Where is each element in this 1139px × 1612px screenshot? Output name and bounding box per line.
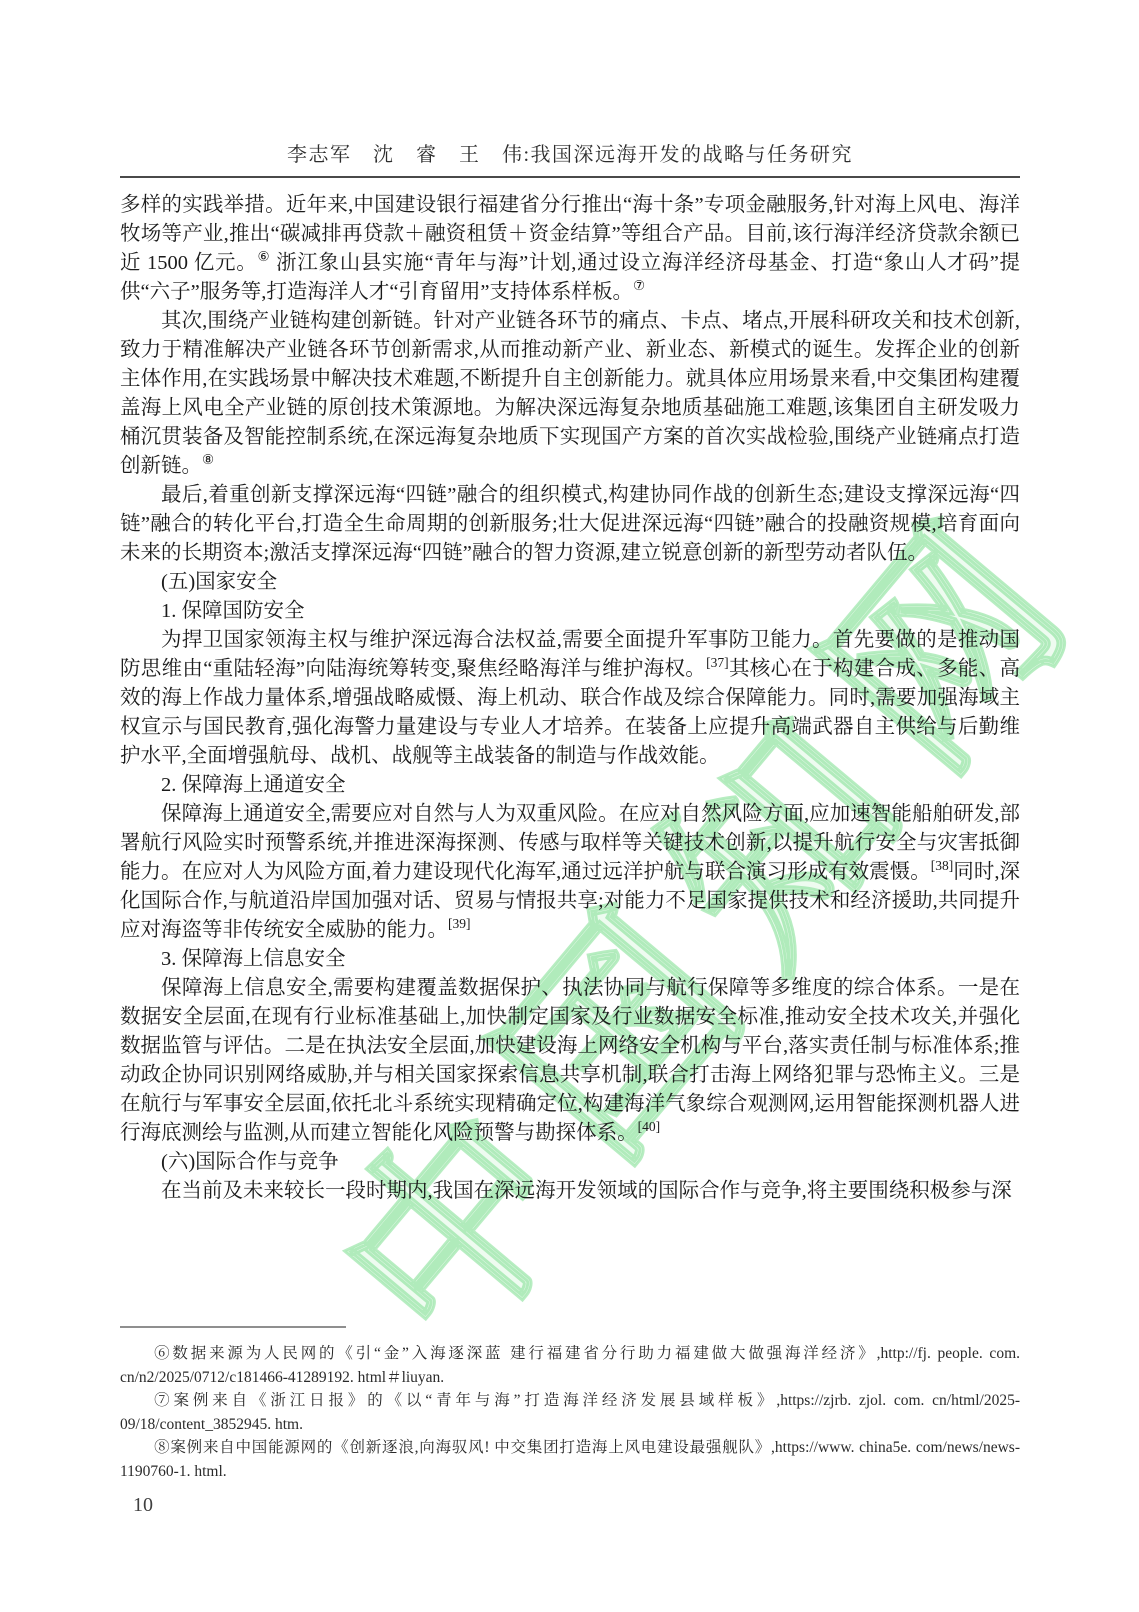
superscript-note-mark: [40] [638,1119,661,1134]
section-heading: (五)国家安全 [120,568,1020,597]
header-divider [120,176,1020,178]
page-number: 10 [133,1494,153,1517]
section-heading: 1. 保障国防安全 [120,597,1020,626]
page-header: 李志军 沈 睿 王 伟:我国深远海开发的战略与任务研究 [120,138,1020,186]
body-region: 多样的实践举措。近年来,中国建设银行福建省分行推出“海十条”专项金融服务,针对海… [120,191,1020,1323]
footnote-item: ⑥数据来源为人民网的《引“金”入海逐深蓝 建行福建省分行助力福建做大做强海洋经济… [120,1342,1020,1389]
body-paragraph: 在当前及未来较长一段时期内,我国在深远海开发领域的国际合作与竞争,将主要围绕积极… [120,1177,1020,1206]
body-paragraph: 多样的实践举措。近年来,中国建设银行福建省分行推出“海十条”专项金融服务,针对海… [120,191,1020,307]
section-heading: 3. 保障海上信息安全 [120,945,1020,974]
running-head-title: 李志军 沈 睿 王 伟:我国深远海开发的战略与任务研究 [120,138,1020,167]
superscript-note-mark: ⑦ [633,278,645,293]
journal-page: 中国知网 李志军 沈 睿 王 伟:我国深远海开发的战略与任务研究 多样的实践举措… [0,0,1139,1612]
footnote-list: ⑥数据来源为人民网的《引“金”入海逐深蓝 建行福建省分行助力福建做大做强海洋经济… [120,1342,1020,1483]
superscript-note-mark: [38] [931,858,954,873]
body-paragraph: 最后,着重创新支撑深远海“四链”融合的组织模式,构建协同作战的创新生态;建设支撑… [120,481,1020,568]
superscript-note-mark: ⑧ [202,452,214,467]
footnote-region: ⑥数据来源为人民网的《引“金”入海逐深蓝 建行福建省分行助力福建做大做强海洋经济… [120,1326,1020,1483]
section-heading: 2. 保障海上通道安全 [120,771,1020,800]
footnote-item: ⑦案例来自《浙江日报》的《以“青年与海”打造海洋经济发展县域样板》,https:… [120,1389,1020,1436]
superscript-note-mark: ⑥ [257,249,270,264]
section-heading: (六)国际合作与竞争 [120,1148,1020,1177]
footnote-item: ⑧案例来自中国能源网的《创新逐浪,向海驭风! 中交集团打造海上风电建设最强舰队》… [120,1436,1020,1483]
footnote-divider [120,1326,346,1328]
body-paragraph: 保障海上信息安全,需要构建覆盖数据保护、执法协同与航行保障等多维度的综合体系。一… [120,974,1020,1148]
body-paragraph: 其次,围绕产业链构建创新链。针对产业链各环节的痛点、卡点、堵点,开展科研攻关和技… [120,307,1020,481]
superscript-note-mark: [37] [706,655,729,670]
body-paragraph: 保障海上通道安全,需要应对自然与人为双重风险。在应对自然风险方面,应加速智能船舶… [120,800,1020,945]
body-paragraph: 为捍卫国家领海主权与维护深远海合法权益,需要全面提升军事防卫能力。首先要做的是推… [120,626,1020,771]
superscript-note-mark: [39] [448,916,471,931]
